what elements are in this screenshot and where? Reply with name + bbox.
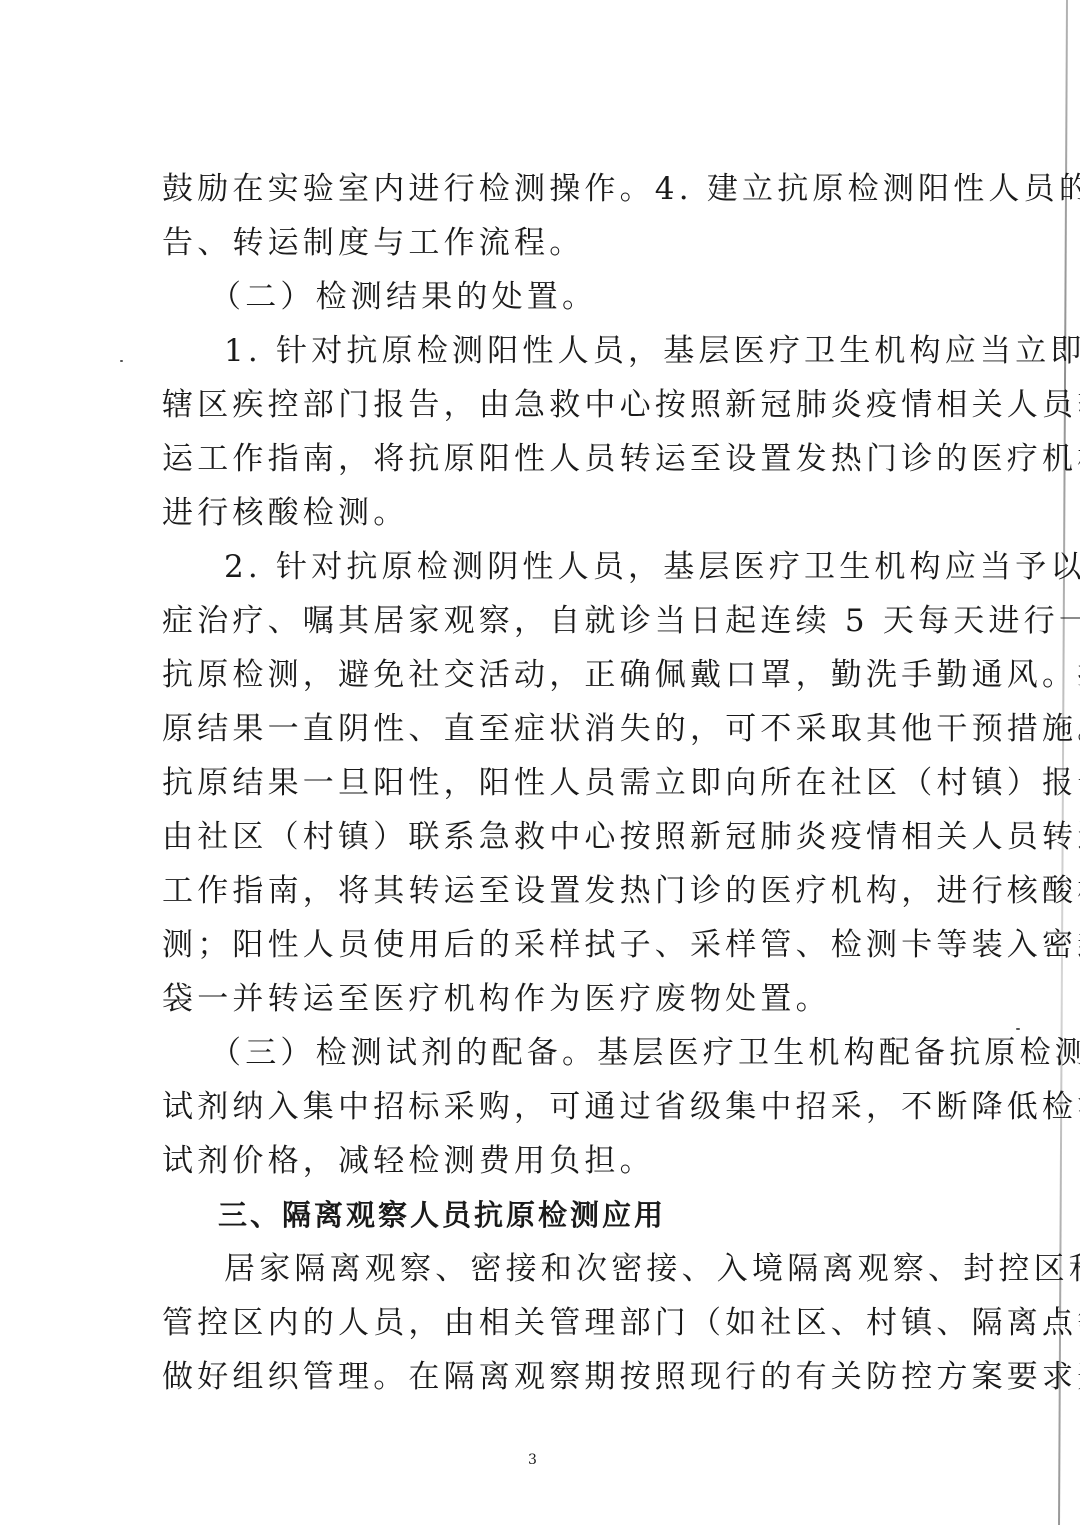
text-line: 工作指南，将其转运至设置发热门诊的医疗机构，进行核酸检 [162, 864, 910, 918]
text-line: 运工作指南，将抗原阳性人员转运至设置发热门诊的医疗机构 [162, 432, 910, 486]
text-line: 管控区内的人员，由相关管理部门（如社区、村镇、隔离点等） [162, 1296, 910, 1350]
paragraph-section-3-body: 居家隔离观察、密接和次密接、入境隔离观察、封控区和 管控区内的人员，由相关管理部… [162, 1242, 910, 1404]
text-line: 告、转运制度与工作流程。 [162, 216, 910, 270]
text-line: 由社区（村镇）联系急救中心按照新冠肺炎疫情相关人员转运 [162, 810, 910, 864]
text-line: 进行核酸检测。 [162, 486, 910, 540]
paragraph-item-1: 1. 针对抗原检测阳性人员，基层医疗卫生机构应当立即向 辖区疾控部门报告，由急救… [162, 324, 910, 540]
document-page: 鼓励在实验室内进行检测操作。4. 建立抗原检测阳性人员的报 告、转运制度与工作流… [0, 0, 1080, 1525]
text-line: 试剂价格，减轻检测费用负担。 [162, 1134, 910, 1188]
text-line: 抗原检测，避免社交活动，正确佩戴口罩，勤洗手勤通风。抗 [162, 648, 910, 702]
paragraph-intro-continuation: 鼓励在实验室内进行检测操作。4. 建立抗原检测阳性人员的报 告、转运制度与工作流… [162, 162, 910, 270]
text-line: 鼓励在实验室内进行检测操作。4. 建立抗原检测阳性人员的报 [162, 162, 910, 216]
text-line: 原结果一直阴性、直至症状消失的，可不采取其他干预措施。 [162, 702, 910, 756]
scan-edge-line [1058, 0, 1068, 1525]
text-line: 做好组织管理。在隔离观察期按照现行的有关防控方案要求开 [162, 1350, 910, 1404]
page-number: 3 [528, 1452, 537, 1468]
text-line: 1. 针对抗原检测阳性人员，基层医疗卫生机构应当立即向 [162, 324, 910, 378]
text-line: 试剂纳入集中招标采购，可通过省级集中招采，不断降低检测 [162, 1080, 910, 1134]
document-body: 鼓励在实验室内进行检测操作。4. 建立抗原检测阳性人员的报 告、转运制度与工作流… [162, 162, 910, 1404]
text-line: 测；阳性人员使用后的采样拭子、采样管、检测卡等装入密封 [162, 918, 910, 972]
text-line: 居家隔离观察、密接和次密接、入境隔离观察、封控区和 [162, 1242, 910, 1296]
scan-speck [120, 360, 123, 362]
paragraph-item-2: 2. 针对抗原检测阴性人员，基层医疗卫生机构应当予以对 症治疗、嘱其居家观察，自… [162, 540, 910, 1026]
scan-speck [1016, 1028, 1020, 1030]
paragraph-reagent-supply: （三）检测试剂的配备。基层医疗卫生机构配备抗原检测 试剂纳入集中招标采购，可通过… [162, 1026, 910, 1188]
text-line: 2. 针对抗原检测阴性人员，基层医疗卫生机构应当予以对 [162, 540, 910, 594]
text-line: 辖区疾控部门报告，由急救中心按照新冠肺炎疫情相关人员转 [162, 378, 910, 432]
section-heading-text: 三、隔离观察人员抗原检测应用 [162, 1188, 910, 1242]
section-heading-3: 三、隔离观察人员抗原检测应用 [162, 1188, 910, 1242]
text-line: （三）检测试剂的配备。基层医疗卫生机构配备抗原检测 [162, 1026, 910, 1080]
text-line: 袋一并转运至医疗机构作为医疗废物处置。 [162, 972, 910, 1026]
subheading-result-handling: （二）检测结果的处置。 [162, 270, 910, 324]
subheading-text: （二）检测结果的处置。 [162, 270, 910, 324]
text-line: 症治疗、嘱其居家观察，自就诊当日起连续 5 天每天进行一次 [162, 594, 910, 648]
text-line: 抗原结果一旦阳性，阳性人员需立即向所在社区（村镇）报告， [162, 756, 910, 810]
